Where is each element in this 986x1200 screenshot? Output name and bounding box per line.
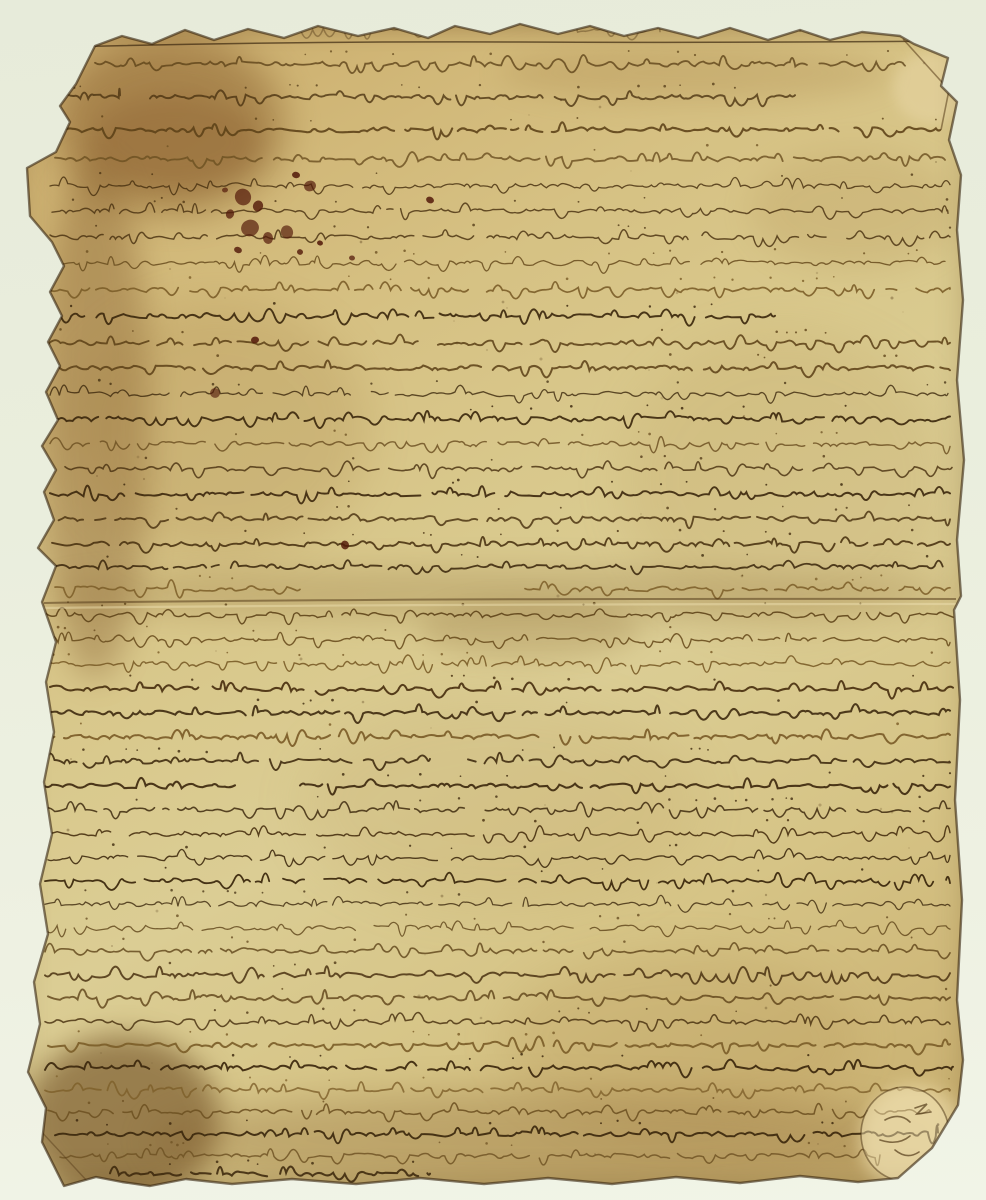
paper-edge-vignette [2, 2, 984, 1198]
manuscript-page [0, 0, 986, 1200]
scanned-manuscript-photo: Aged handwritten manuscript page in earl… [0, 0, 986, 1200]
